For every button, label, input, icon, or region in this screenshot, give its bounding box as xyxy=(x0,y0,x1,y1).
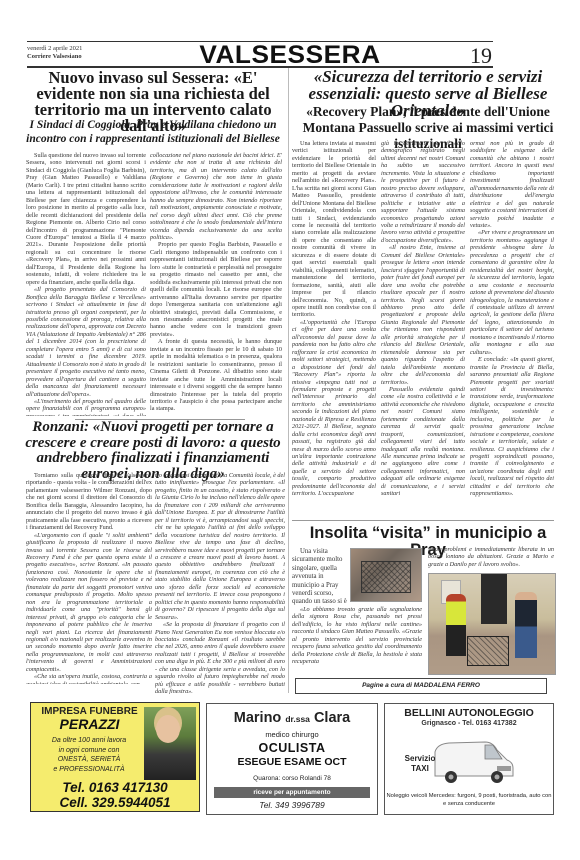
ad-bellini-location: Grignasco - Tel. 0163 417382 xyxy=(385,720,553,727)
ad-bellini-service: Servizio TAXI xyxy=(395,754,445,774)
pray-column-2: senza problemi e immediatamente liberata… xyxy=(428,546,554,576)
paragraph: «Se la proposta di finanziare il progett… xyxy=(155,621,285,694)
paragraph: Una lettera inviata ai massimi vertici i… xyxy=(292,140,376,319)
sicurezza-column-3: ormai non più in grado di soddisfare le … xyxy=(470,140,554,515)
ad-marino-specialty: OCULISTA xyxy=(207,741,377,755)
sicurezza-column-2: già in decrescita per il calo demografic… xyxy=(381,140,465,515)
paragraph: «Il nostro Ente, insieme ai Comuni del B… xyxy=(381,244,465,386)
paragraph: «Che sia un'opera inutile, costosa, cont… xyxy=(26,673,152,684)
invaso-column-2: collocazione nel piano nazionale dei bac… xyxy=(150,152,282,416)
badger-cage-photo xyxy=(350,548,422,602)
invaso-column-1: Sulla questione del nuovo invaso sul tor… xyxy=(26,152,146,416)
ad-marino-address: Quarona: corso Rolandi 78 xyxy=(207,775,377,782)
title: dr.ssa xyxy=(285,714,310,724)
ad-perazzi-tel: Tel. 0163 417130 xyxy=(31,780,199,795)
ronzani-column-2: tro la quale si è mobilitata la Comunità… xyxy=(155,472,285,694)
paragraph: «L'opportunità che l'Europa ci offre per… xyxy=(292,319,376,498)
officials-photo xyxy=(428,573,556,675)
ad-perazzi-cell: Cell. 329.5944051 xyxy=(31,795,199,810)
paragraph: «Il progetto presentato dal Consorzio di… xyxy=(26,286,146,398)
divider xyxy=(292,520,554,521)
paragraph: Sulla questione del nuovo invaso sul tor… xyxy=(26,152,146,286)
paragraph: «Per vivere e programmare un territorio … xyxy=(470,229,554,356)
paragraph: Proprio per questo Foglia Barbisin, Pass… xyxy=(150,241,282,338)
ad-bellini-name: BELLINI AUTONOLEGGIO xyxy=(385,707,553,719)
paragraph: Passuello evidenzia quindi come «la nost… xyxy=(381,386,465,498)
paragraph: collocazione nel piano nazionale dei bac… xyxy=(150,152,282,241)
ad-marino-appointment: riceve per appuntamento xyxy=(214,787,370,798)
ad-marino-exam: ESEGUE ESAME OCT xyxy=(207,756,377,768)
paragraph: senza problemi e immediatamente liberata… xyxy=(428,546,554,568)
ad-marino-role: medico chirurgo xyxy=(207,730,377,739)
column-separator xyxy=(288,68,289,693)
person-mayor xyxy=(515,592,537,658)
portrait-face xyxy=(156,715,180,743)
paragraph: «L'inserimento del progetto nel quadro d… xyxy=(26,398,146,416)
paragraph: «Lo abbiamo trovato grazie alla segnalaz… xyxy=(292,606,422,666)
ad-perazzi-portrait xyxy=(144,707,196,780)
ad-perazzi-body-line: e PROFESSIONALITÀ xyxy=(33,765,145,775)
ad-impresa-funebre-perazzi[interactable]: IMPRESA FUNEBRE PERAZZI Da oltre 100 ann… xyxy=(30,702,200,812)
paragraph: Torniamo sulla questione diga in Valsess… xyxy=(26,472,152,532)
ad-bellini-description: Noleggio veicoli Mercedes: furgoni, 9 po… xyxy=(385,793,553,808)
ad-perazzi-body: Da oltre 100 anni lavora in ogni comune … xyxy=(33,736,145,774)
ad-marino-oculista[interactable]: Marino dr.ssa Clara medico chirurgo OCUL… xyxy=(206,703,378,815)
paragraph: tro la quale si è mobilitata la Comunità… xyxy=(155,472,285,621)
pray-column-1: «Lo abbiamo trovato grazie alla segnalaz… xyxy=(292,606,422,674)
cage-shape xyxy=(467,636,509,666)
cage-shape xyxy=(361,561,411,593)
page-credit: Pagine a cura di MADDALENA FERRO xyxy=(295,678,547,694)
paragraph: «L'argomento con il quale "i soliti ambi… xyxy=(26,532,152,674)
paragraph: Una visita sicuramente molto singolare, … xyxy=(292,548,347,606)
ad-perazzi-body-line: Da oltre 100 anni lavora xyxy=(33,736,145,746)
paragraph: E conclude: «In questi giorni, tramite l… xyxy=(470,356,554,498)
ad-marino-name: Marino dr.ssa Clara xyxy=(207,710,377,726)
pray-intro: Una visita sicuramente molto singolare, … xyxy=(292,548,347,606)
doorway-shape xyxy=(481,574,507,624)
ad-perazzi-body-line: ONESTÀ, SERIETÀ xyxy=(33,755,145,765)
paragraph: ormai non più in grado di soddisfare le … xyxy=(470,140,554,229)
sicurezza-column-1: Una lettera inviata ai massimi vertici i… xyxy=(292,140,376,515)
ad-perazzi-line2: PERAZZI xyxy=(37,716,142,732)
person-hiviz xyxy=(446,594,466,656)
firstname: Clara xyxy=(314,710,350,726)
paragraph: già in decrescita per il calo demografic… xyxy=(381,140,465,244)
ad-marino-tel: Tel. 349 3996789 xyxy=(207,800,377,810)
ad-bellini-autonoleggio[interactable]: BELLINI AUTONOLEGGIO Grignasco - Tel. 01… xyxy=(384,703,554,815)
subheadline-invaso: I Sindaci di Coggiola, Pray e Valdilana … xyxy=(22,118,284,146)
ad-perazzi-body-line: in ogni comune con xyxy=(33,746,145,756)
ronzani-column-1: Torniamo sulla questione diga in Valsess… xyxy=(26,472,152,684)
paragraph: A fronte di questa necessità, le hanno d… xyxy=(150,338,282,413)
surname: Marino xyxy=(234,710,282,726)
